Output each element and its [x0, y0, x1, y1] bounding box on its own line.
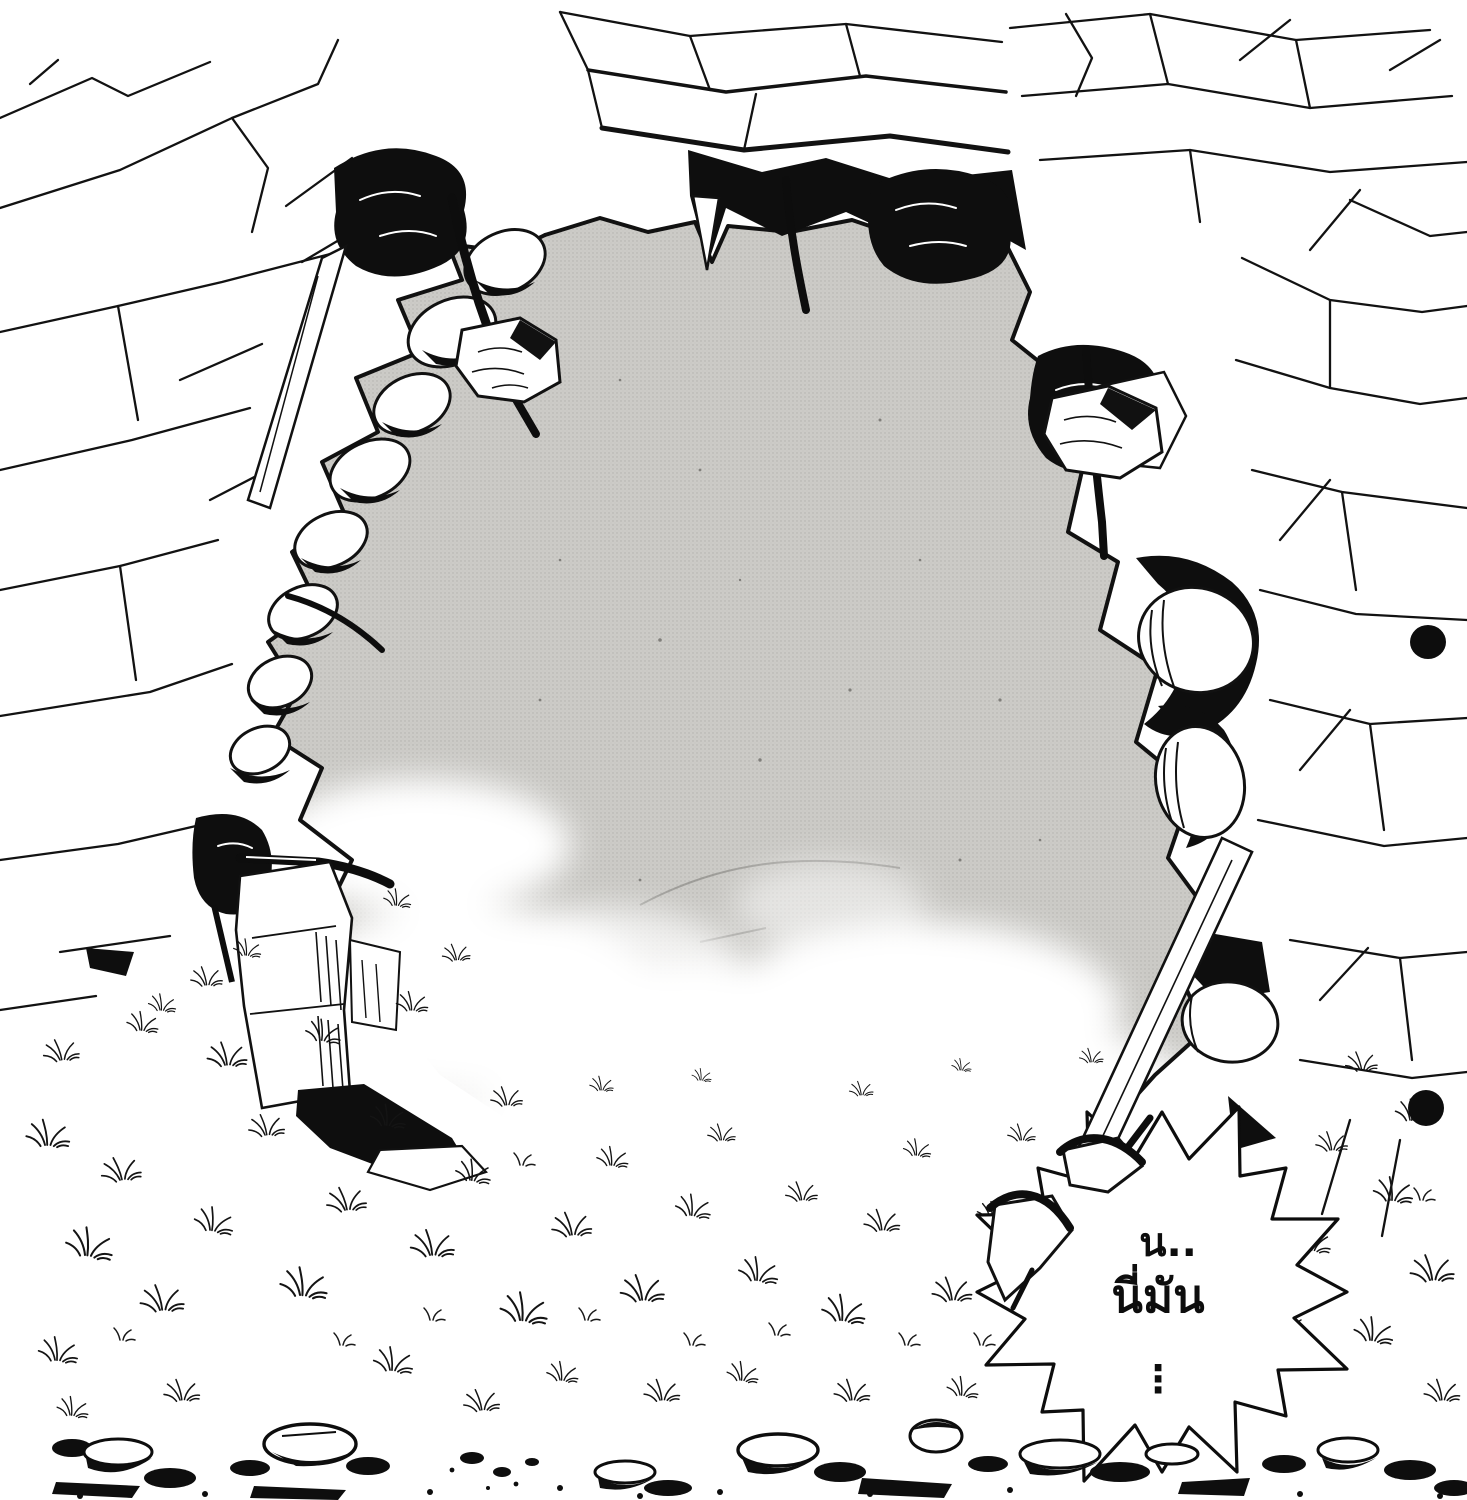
pebble: [968, 1456, 1008, 1472]
pebble: [84, 1439, 152, 1465]
pebble: [1384, 1460, 1436, 1480]
pebble: [144, 1468, 196, 1488]
manga-panel: น.. นี่มัน ⋮: [0, 0, 1467, 1500]
speech-bubble-line-3: ⋮: [1139, 1357, 1177, 1401]
pebble: [230, 1460, 270, 1476]
pebble: [1090, 1462, 1150, 1482]
page-dot-lower: [1408, 1090, 1444, 1126]
pebble: [1020, 1440, 1100, 1468]
panel-artwork: น.. นี่มัน ⋮: [0, 0, 1467, 1500]
pebble: [595, 1461, 655, 1483]
pebble: [525, 1458, 539, 1466]
pebble: [1318, 1438, 1378, 1462]
speech-bubble-line-2: นี่มัน: [1111, 1264, 1205, 1323]
pebble: [1146, 1444, 1198, 1464]
pebble: [644, 1480, 692, 1496]
pebble: [346, 1457, 390, 1475]
pebble: [460, 1452, 484, 1464]
speech-bubble-line-1: น..: [1139, 1220, 1197, 1266]
pebble: [814, 1462, 866, 1482]
pebble: [1262, 1455, 1306, 1473]
page-dot-upper: [1410, 625, 1446, 659]
pebble: [738, 1434, 818, 1466]
pebble: [493, 1467, 511, 1477]
